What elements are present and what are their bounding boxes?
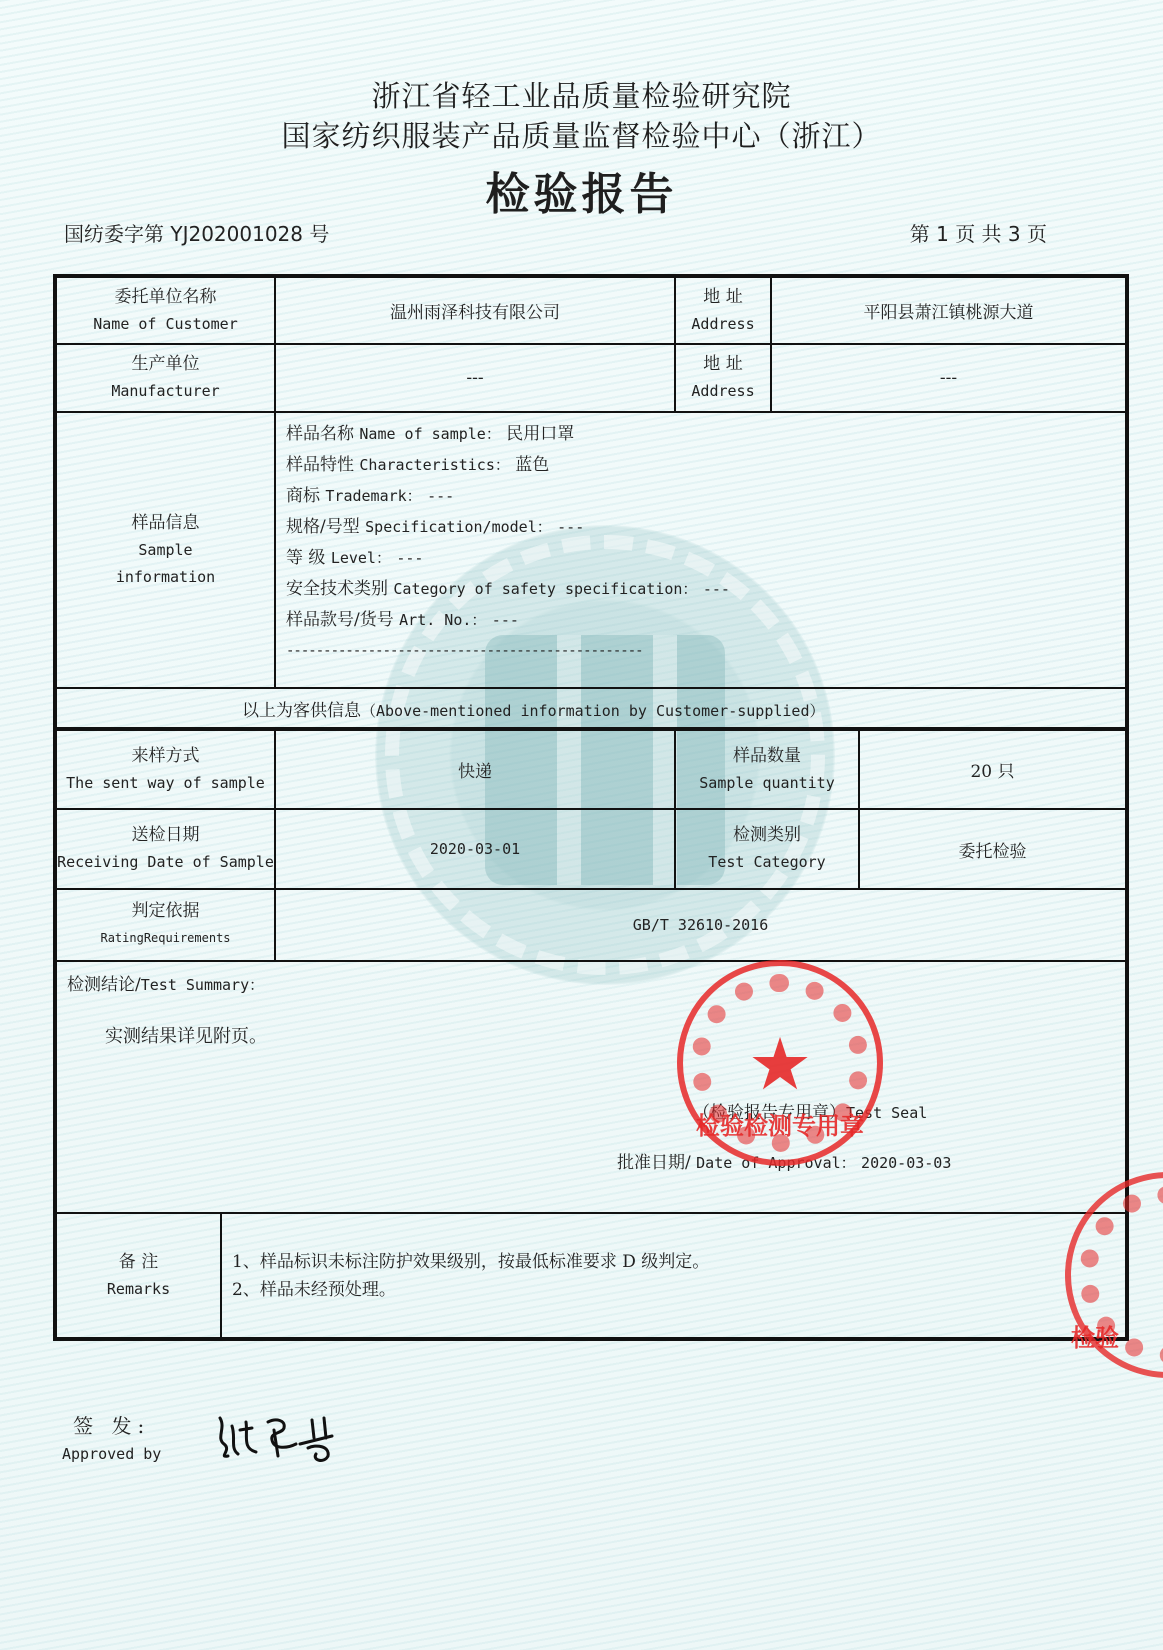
remark-item: 2、样品未经预处理。 xyxy=(232,1276,1115,1304)
star-icon: ★ xyxy=(748,1028,813,1100)
report-number: 国纺委字第 YJ202001028 号 xyxy=(64,218,329,247)
manufacturer-address-value: --- xyxy=(771,344,1127,412)
manufacturer-row: 生产单位 Manufacturer --- 地 址 Address --- xyxy=(55,344,1127,412)
center-name: 国家纺织服装产品质量监督检验中心（浙江） xyxy=(0,114,1163,155)
signature-image xyxy=(212,1408,352,1472)
test-category-label: 检测类别 Test Category xyxy=(675,809,859,889)
sample-line: 等 级 Level： --- xyxy=(286,543,1115,574)
customer-note-row: 以上为客供信息（Above-mentioned information by C… xyxy=(55,688,1127,729)
address-label-en: Address xyxy=(676,311,770,338)
inspection-seal-stamp: ★ 检验检测专用章 xyxy=(677,960,883,1166)
separator-line: ----------------------------------------… xyxy=(286,636,1115,667)
approved-by-cn: 签 发: xyxy=(62,1410,161,1439)
sample-line: 样品款号/货号 Art. No.： --- xyxy=(286,605,1115,636)
report-table: 委托单位名称 Name of Customer 温州雨泽科技有限公司 地 址 A… xyxy=(53,274,1125,1341)
receiving-date-label-en: Receiving Date of Sample xyxy=(57,849,274,876)
summary-row: 检测结论/Test Summary： 实测结果详见附页。 （检验报告专用章）Te… xyxy=(55,961,1127,1213)
report-title: 检验报告 xyxy=(0,158,1163,222)
approved-by-en: Approved by xyxy=(62,1445,161,1463)
remarks-row: 备 注 Remarks 1、样品标识未标注防护效果级别，按最低标准要求 D 级判… xyxy=(55,1213,1127,1339)
receiving-date-value: 2020-03-01 xyxy=(275,809,675,889)
stamp-label-partial: 检验 xyxy=(1071,1318,1119,1353)
customer-value: 温州雨泽科技有限公司 xyxy=(275,276,675,344)
address-label-cn: 地 址 xyxy=(676,351,770,378)
summary-text: 实测结果详见附页。 xyxy=(105,1022,267,1048)
manufacturer-label-en: Manufacturer xyxy=(57,378,274,405)
sample-quantity-label-en: Sample quantity xyxy=(676,770,858,797)
sample-line: 样品特性 Characteristics： 蓝色 xyxy=(286,450,1115,481)
customer-note-cn: 以上为客供信息 xyxy=(242,701,361,721)
rating-value: GB/T 32610-2016 xyxy=(275,889,1127,961)
approved-by: 签 发: Approved by xyxy=(62,1410,161,1463)
sample-quantity-value: 20 只 xyxy=(859,729,1127,809)
sample-info-label-en-1: Sample xyxy=(57,537,274,564)
customer-address-label: 地 址 Address xyxy=(675,276,771,344)
customer-label: 委托单位名称 Name of Customer xyxy=(55,276,275,344)
sample-info-row: 样品信息 Sample information 样品名称 Name of sam… xyxy=(55,412,1127,688)
sample-line: 规格/号型 Specification/model： --- xyxy=(286,512,1115,543)
remarks-label-en: Remarks xyxy=(57,1276,220,1303)
page-indicator: 第 1 页 共 3 页 xyxy=(910,218,1047,247)
customer-row: 委托单位名称 Name of Customer 温州雨泽科技有限公司 地 址 A… xyxy=(55,276,1127,344)
remark-item: 1、样品标识未标注防护效果级别，按最低标准要求 D 级判定。 xyxy=(232,1248,1115,1276)
rating-row: 判定依据 RatingRequirements GB/T 32610-2016 xyxy=(55,889,1127,961)
sample-quantity-label: 样品数量 Sample quantity xyxy=(675,729,859,809)
sample-line: 样品名称 Name of sample： 民用口罩 xyxy=(286,419,1115,450)
customer-note-en: （Above-mentioned information by Customer… xyxy=(361,702,824,720)
sample-line: 商标 Trademark： --- xyxy=(286,481,1115,512)
test-category-label-cn: 检测类别 xyxy=(676,822,858,849)
sample-quantity-label-cn: 样品数量 xyxy=(676,743,858,770)
remarks-label: 备 注 Remarks xyxy=(55,1213,221,1339)
test-category-label-en: Test Category xyxy=(676,849,858,876)
manufacturer-value: --- xyxy=(275,344,675,412)
institute-name: 浙江省轻工业品质量检验研究院 xyxy=(0,74,1163,115)
rating-label-en: RatingRequirements xyxy=(57,925,274,952)
receiving-date-label: 送检日期 Receiving Date of Sample xyxy=(55,809,275,889)
manufacturer-label: 生产单位 Manufacturer xyxy=(55,344,275,412)
sent-way-value: 快递 xyxy=(275,729,675,809)
sent-way-label: 来样方式 The sent way of sample xyxy=(55,729,275,809)
sent-way-row: 来样方式 The sent way of sample 快递 样品数量 Samp… xyxy=(55,729,1127,809)
stamp-label: 检验检测专用章 xyxy=(683,1106,877,1141)
remarks-label-cn: 备 注 xyxy=(57,1249,220,1276)
sample-info-label-en-2: information xyxy=(57,564,274,591)
rating-label-cn: 判定依据 xyxy=(57,898,274,925)
customer-label-en: Name of Customer xyxy=(57,311,274,338)
test-category-value: 委托检验 xyxy=(859,809,1127,889)
address-label-cn: 地 址 xyxy=(676,284,770,311)
sample-info-label-cn: 样品信息 xyxy=(57,510,274,537)
test-summary: 检测结论/Test Summary： 实测结果详见附页。 （检验报告专用章）Te… xyxy=(55,961,1127,1213)
manufacturer-label-cn: 生产单位 xyxy=(57,351,274,378)
sample-details: 样品名称 Name of sample： 民用口罩 样品特性 Character… xyxy=(275,412,1127,688)
receiving-row: 送检日期 Receiving Date of Sample 2020-03-01… xyxy=(55,809,1127,889)
sample-info-label: 样品信息 Sample information xyxy=(55,412,275,688)
sample-line: 安全技术类别 Category of safety specification：… xyxy=(286,574,1115,605)
customer-note: 以上为客供信息（Above-mentioned information by C… xyxy=(55,688,1127,729)
sent-way-label-cn: 来样方式 xyxy=(57,743,274,770)
sent-way-label-en: The sent way of sample xyxy=(57,770,274,797)
summary-title: 检测结论/Test Summary： xyxy=(67,970,264,995)
manufacturer-address-label: 地 址 Address xyxy=(675,344,771,412)
rating-label: 判定依据 RatingRequirements xyxy=(55,889,275,961)
remarks-list: 1、样品标识未标注防护效果级别，按最低标准要求 D 级判定。 2、样品未经预处理… xyxy=(221,1213,1127,1339)
customer-label-cn: 委托单位名称 xyxy=(57,284,274,311)
receiving-date-label-cn: 送检日期 xyxy=(57,822,274,849)
address-label-en: Address xyxy=(676,378,770,405)
customer-address-value: 平阳县萧江镇桃源大道 xyxy=(771,276,1127,344)
